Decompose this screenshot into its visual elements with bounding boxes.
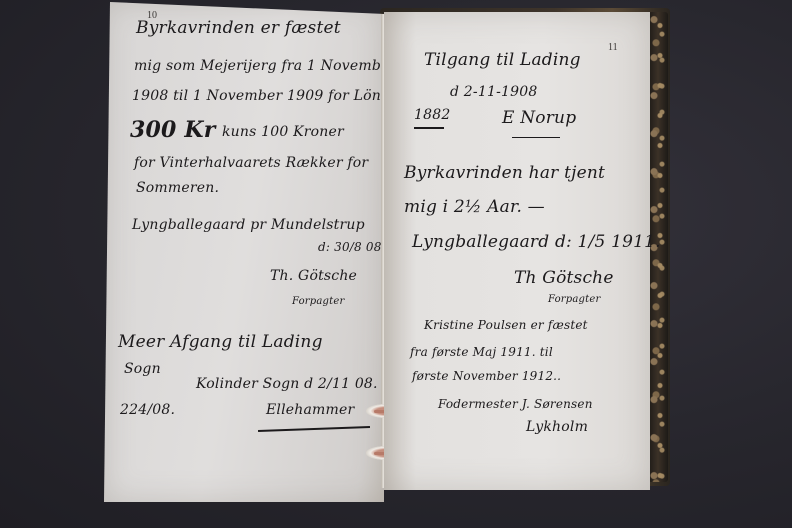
reference-number: 224/08. [120,402,175,418]
signature: E Norup [502,108,576,128]
handwritten-line: mig i 2½ Aar. — [404,197,545,217]
entry-date: d: 30/8 08 [318,240,382,254]
handwritten-line: Sogn [124,361,161,377]
right-page-number: 11 [608,42,618,53]
signature: Fodermester J. Sørensen [438,397,593,411]
handwritten-line: Byrkavrinden er fæstet [136,18,341,38]
place-line: Kolinder Sogn d 2/11 08. [196,376,378,392]
handwritten-line: Byrkavrinden har tjent [404,163,605,183]
entry-date: d 2-11-1908 [450,84,537,100]
handwritten-line: Sommeren. [136,180,219,196]
handwritten-line: kuns 100 Kroner [222,124,344,140]
open-notebook: 10 Byrkavrinden er fæstet mig som Mejeri… [0,0,792,528]
handwritten-line: mig som Mejerijerg fra 1 Novemb. [134,58,386,74]
signature: Ellehammer [266,402,354,418]
handwritten-line: Meer Afgang til Lading [118,332,323,352]
place-name: Lykholm [526,419,588,435]
place-line: Lyngballegaard pr Mundelstrup [132,217,365,233]
handwritten-amount: 300 Kr [130,117,216,143]
handwritten-line: fra første Maj 1911. til [410,345,553,359]
number-underline [414,127,444,129]
handwritten-line: for Vinterhalvaarets Rækker for [134,155,368,171]
entry-heading: Tilgang til Lading [424,50,581,70]
signature-underline [512,137,560,138]
signature-title: Forpagter [292,296,344,307]
signature: Th. Götsche [270,268,357,284]
entry-number: 1882 [414,107,450,123]
signature-title: Forpagter [548,294,600,305]
place-line: Lyngballegaard d: 1/5 1911. [412,232,661,252]
signature: Th Götsche [514,268,614,288]
handwritten-line: 1908 til 1 November 1909 for Lön [132,88,381,104]
handwritten-line: første November 1912.. [412,369,561,383]
handwritten-line: Kristine Poulsen er fæstet [424,318,588,332]
